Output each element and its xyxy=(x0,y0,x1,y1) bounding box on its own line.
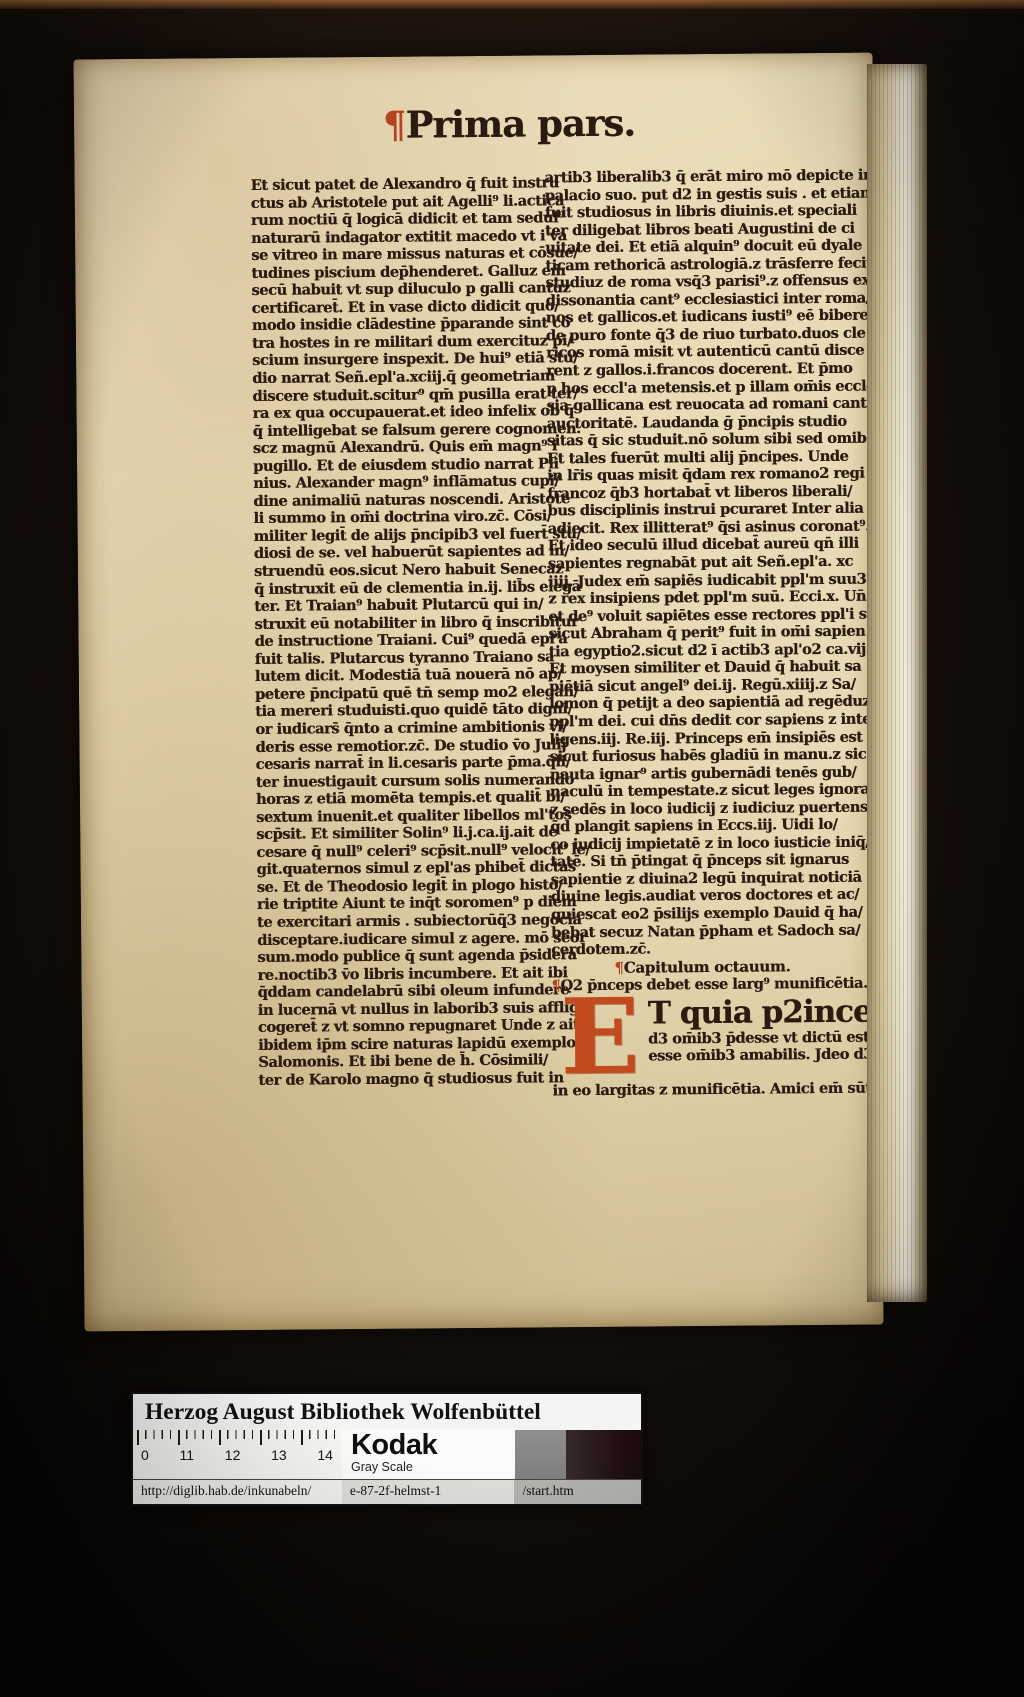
text-line: sitas q̄ sic studuit.nō solum sibi sed o… xyxy=(547,430,849,450)
text-line: ra ex qua occupauerat.et ideo infelix ob… xyxy=(252,403,544,423)
text-line: sicut furiosus habēs gladiū in manu.z si… xyxy=(549,746,851,766)
label-middle-row: 011121314 Kodak Gray Scale xyxy=(131,1430,643,1479)
text-line: horas z etiā momēta tempis.et qualit̄ bi… xyxy=(256,789,548,809)
scan-top-edge xyxy=(0,0,1024,9)
text-line: artib3 liberalib3 q̄ erāt miro mō depict… xyxy=(544,167,846,187)
book-foredge xyxy=(867,64,927,1302)
text-line: quiescat eo2 p̄silijs exemplo Dauid q̄ h… xyxy=(551,904,853,924)
text-line: fuit studiosus in libris diuinis.et spec… xyxy=(545,202,847,222)
digitization-url: http://diglib.hab.de/inkunabeln/ xyxy=(133,1480,342,1504)
book-page: ¶Prima pars. Et sicut patet de Alexandro… xyxy=(73,53,883,1332)
text-line: te exercitari armis . subiectorūq̄3 nego… xyxy=(257,911,549,931)
photo-stage: ¶Prima pars. Et sicut patet de Alexandro… xyxy=(0,0,1024,1697)
text-line: cogeret̄ z vt somno repugnaret Unde z ai… xyxy=(258,1017,550,1037)
text-line: 14 xyxy=(317,1447,333,1463)
text-line: sapientes regnabāt put ait Señ.epl'a. xc xyxy=(548,553,850,573)
rubric-pilcrow-icon: ¶ xyxy=(614,958,623,976)
text-line: or iudicars̄ q̄nto a crimine ambitionis … xyxy=(255,718,547,738)
text-line: Et sicut patet de Alexandro q̄ fuit inst… xyxy=(250,174,542,194)
text-line: rum noctiū q̄ logicā didicit et tam sedu… xyxy=(251,210,543,230)
shelfmark: e-87-2f-helmst-1 xyxy=(342,1480,515,1504)
text-line: scp̄sit. Et similiter Solin⁹ li.j.ca.ij.… xyxy=(256,824,548,844)
start-page-path: /start.htm xyxy=(514,1480,641,1504)
lombard-initial: E xyxy=(552,996,649,1081)
text-line: ter. Et Traian⁹ habuit Plutarcū qui in/ xyxy=(254,596,546,616)
cm-ruler: 011121314 xyxy=(133,1430,341,1479)
text-line: 11 xyxy=(180,1447,195,1463)
text-line: 12 xyxy=(225,1447,241,1463)
dark-patch xyxy=(566,1430,641,1479)
text-line: de instructione Traiani. Cui⁹ quedā epl'… xyxy=(254,631,546,651)
text-line: 0 xyxy=(141,1447,149,1463)
text-line: naculū in tempestate.z sicut leges ignor… xyxy=(550,781,852,801)
text-line: bebat secuz Natan p̄pham et Sadoch sa/ xyxy=(551,921,853,941)
text-line: z rex insipiens pdet ppl'm suū. Ecci.x. … xyxy=(548,588,850,608)
text-line: sum.modo publice q̄ sunt agenda p̄sidera xyxy=(257,946,549,966)
library-label-card: Herzog August Bibliothek Wolfenbüttel 01… xyxy=(131,1392,643,1506)
text-line: uitate dei. Et etiā alquin⁹ docuit eū dy… xyxy=(545,237,847,257)
page-heading-text: Prima pars. xyxy=(405,101,635,147)
text-line: ter de Karolo magno q̄ studiosus fuit in xyxy=(258,1069,550,1089)
text-line: struendū eos.sicut Nero habuit Senecaz xyxy=(254,560,546,580)
text-column-left: Et sicut patet de Alexandro q̄ fuit inst… xyxy=(250,174,550,1089)
text-line: cesaris narrat̄ in li.cesaris parte p̄ma… xyxy=(256,753,548,773)
text-line: dio narrat Señ.epl'a.xciij.q̄ geometriam xyxy=(252,367,544,387)
text-line: rent z gallos.i.francos docerent. Et p̄m… xyxy=(546,360,848,380)
label-url-row: http://diglib.hab.de/inkunabeln/ e-87-2f… xyxy=(131,1479,643,1506)
text-line: secū habuit vt sup diluculo p galli cant… xyxy=(251,280,543,300)
right-column-lines: artib3 liberalib3 q̄ erāt miro mō depict… xyxy=(544,167,853,959)
text-line: 13 xyxy=(271,1447,287,1463)
ruler-numbers: 011121314 xyxy=(135,1447,339,1463)
chapter-incipit: E T quia p2incepſ d3 om̄ib3 p̄desse vt d… xyxy=(552,994,855,1100)
incipit-last-line: in eo largitas z munificētia. Amici em̄ … xyxy=(552,1078,854,1100)
text-line: se vitreo in mare missus naturas et cōsu… xyxy=(251,245,543,265)
kodak-gray-scale: Kodak Gray Scale xyxy=(341,1430,515,1479)
gray-scale-label: Gray Scale xyxy=(351,1460,515,1474)
institution-label: Herzog August Bibliothek Wolfenbüttel xyxy=(131,1392,643,1430)
gray-patch xyxy=(515,1430,566,1479)
chapter-heading-text: Capitulum octauum. xyxy=(624,957,791,976)
ruler-ticks xyxy=(137,1430,337,1445)
text-line: q̄ddam candelabrū sibi oleum infundere xyxy=(258,982,550,1002)
kodak-wordmark: Kodak xyxy=(351,1430,515,1460)
text-line: ppl'm dei. cui dn̄s dedit cor sapiens z … xyxy=(549,711,851,731)
text-line: scz magnū Alexandrū. Quis em̄ magn⁹ i xyxy=(253,438,545,458)
page-heading: ¶Prima pars. xyxy=(344,100,674,147)
rubric-pilcrow-icon: ¶ xyxy=(383,103,406,147)
text-line: sia gallicana est reuocata ad romani can… xyxy=(546,395,848,415)
text-column-right: artib3 liberalib3 q̄ erāt miro mō depict… xyxy=(544,167,854,1100)
